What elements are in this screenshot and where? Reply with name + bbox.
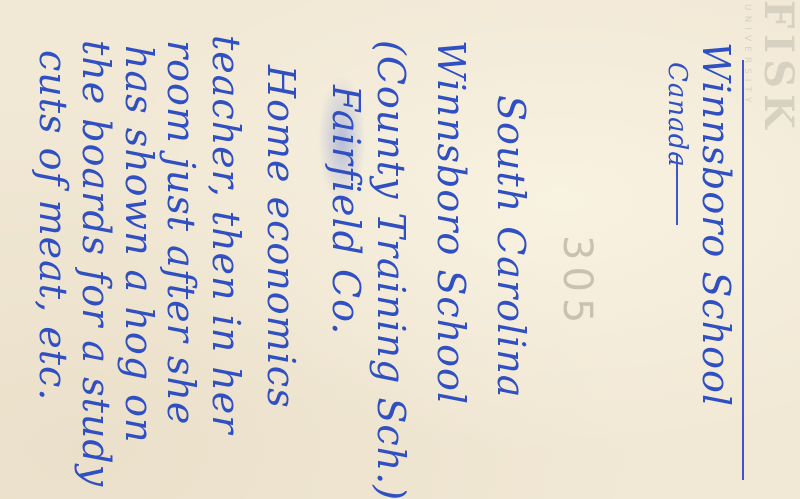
note-line-state: South Carolina bbox=[492, 95, 530, 398]
note-line-body-1: Home economics bbox=[262, 65, 300, 409]
note-line-body-2: teacher, then in her bbox=[207, 35, 245, 434]
note-line-body-5: the boards for a study bbox=[77, 40, 115, 487]
note-line-body-4: has shown a hog on bbox=[120, 45, 158, 443]
note-line-county: Fairfield Co. bbox=[327, 85, 365, 335]
note-line-subheading: Canada bbox=[664, 62, 690, 168]
handwritten-note: Winnsboro School Canada South Carolina W… bbox=[0, 0, 800, 499]
note-card: FISK UNIVERSITY Winnsboro School Canada … bbox=[0, 0, 800, 499]
pencil-catalog-number: 305 bbox=[554, 235, 600, 329]
note-line-body-3: room just after she bbox=[162, 40, 200, 425]
heading-strike-line bbox=[742, 60, 744, 480]
note-line-heading: Winnsboro School bbox=[697, 42, 735, 407]
subheading-tail-line bbox=[676, 155, 678, 225]
note-line-school: Winnsboro School bbox=[432, 40, 470, 405]
note-line-school-type: (County Training Sch.) bbox=[372, 40, 410, 499]
note-line-body-6: cuts of meat, etc. bbox=[34, 50, 72, 401]
